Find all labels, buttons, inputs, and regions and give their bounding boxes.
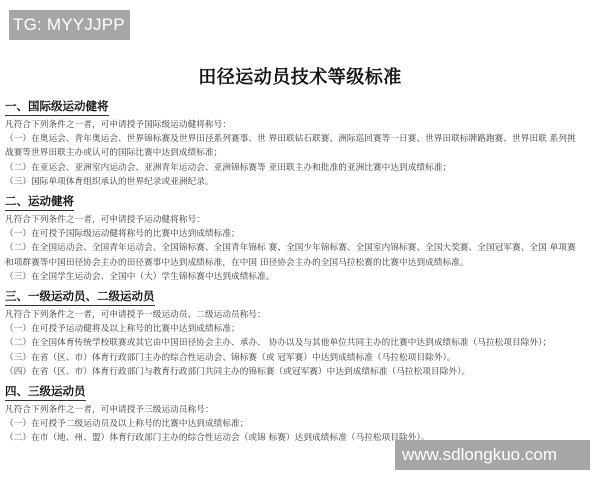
paragraph-line: （三）在省（区、市）体育行政部门主办的综合性运动会、锦标赛（或 冠军赛）中达到成… — [5, 351, 597, 365]
section-third-class: 四、三级运动员 凡符合下列条件之一者，可申请授予三级运动员称号： （一）在可授予… — [5, 380, 597, 446]
section-heading: 三、一级运动员、二级运动员 — [5, 288, 155, 306]
paragraph-line: 凡符合下列条件之一者，可申请授予一级运动员、二级运动员称号： — [5, 308, 597, 322]
watermark-bottom: www.sdlongkuo.com — [395, 440, 590, 470]
paragraph-line: 战赛等世界田联主办或认可的国际比赛中达到成绩标准； — [5, 146, 597, 160]
paragraph-line: （四）在省（区、市）体育行政部门与教育行政部门共同主办的锦标赛（或冠军赛）中达到… — [5, 365, 597, 379]
section-international-master: 一、国际级运动健将 凡符合下列条件之一者，可申请授予国际级运动健将称号： （一）… — [5, 95, 597, 189]
paragraph-line: （一）在可授予运动健将及以上称号的比赛中达到成绩标准； — [5, 322, 597, 336]
paragraph-line: 凡符合下列条件之一者，可申请授予国际级运动健将称号： — [5, 118, 597, 132]
paragraph-line: 凡符合下列条件之一者，可申请授予运动健将称号： — [5, 213, 597, 227]
paragraph-line: （二）在全国体育传统学校联赛或其它由中国田径协会主办、承办、 协办以及与其他单位… — [5, 336, 597, 350]
paragraph-line: （一）在可授予国际级运动健将称号的比赛中达到成绩标准； — [5, 227, 597, 241]
section-heading: 二、运动健将 — [5, 193, 74, 211]
page-title: 田径运动员技术等级标准 — [0, 63, 600, 89]
section-heading: 一、国际级运动健将 — [5, 98, 109, 116]
section-heading: 四、三级运动员 — [5, 383, 86, 401]
paragraph-line: （一）在可授予二级运动员及以上称号的比赛中达到成绩标准； — [5, 417, 597, 431]
paragraph-line: 凡符合下列条件之一者，可申请授予三级运动员称号： — [5, 403, 597, 417]
document-body: 一、国际级运动健将 凡符合下列条件之一者，可申请授予国际级运动健将称号： （一）… — [5, 95, 597, 447]
paragraph-line: （一）在奥运会、青年奥运会、世界锦标赛及世界田径系列赛事、世 界田联钻石联赛、洲… — [5, 132, 597, 146]
paragraph-line: （三）国际单项体育组织承认的世界纪录或亚洲纪录。 — [5, 175, 597, 189]
watermark-top: TG: MYYJJPP — [9, 10, 130, 40]
paragraph-line: （二）在亚运会、亚洲室内运动会、亚洲青年运动会、亚洲锦标赛等 亚田联主办和批准的… — [5, 161, 597, 175]
paragraph-line: （二）在全国运动会、全国青年运动会、全国锦标赛、全国青年锦标 赛、全国少年锦标赛… — [5, 241, 597, 255]
paragraph-line: 和项群赛等中国田径协会主办的田径赛事中达到成绩标准，在中国 田径协会主办的全国马… — [5, 256, 597, 270]
paragraph-line: （三）在全国学生运动会、全国中（大）学生锦标赛中达到成绩标准。 — [5, 270, 597, 284]
section-master: 二、运动健将 凡符合下列条件之一者，可申请授予运动健将称号： （一）在可授予国际… — [5, 190, 597, 284]
section-first-second-class: 三、一级运动员、二级运动员 凡符合下列条件之一者，可申请授予一级运动员、二级运动… — [5, 285, 597, 379]
